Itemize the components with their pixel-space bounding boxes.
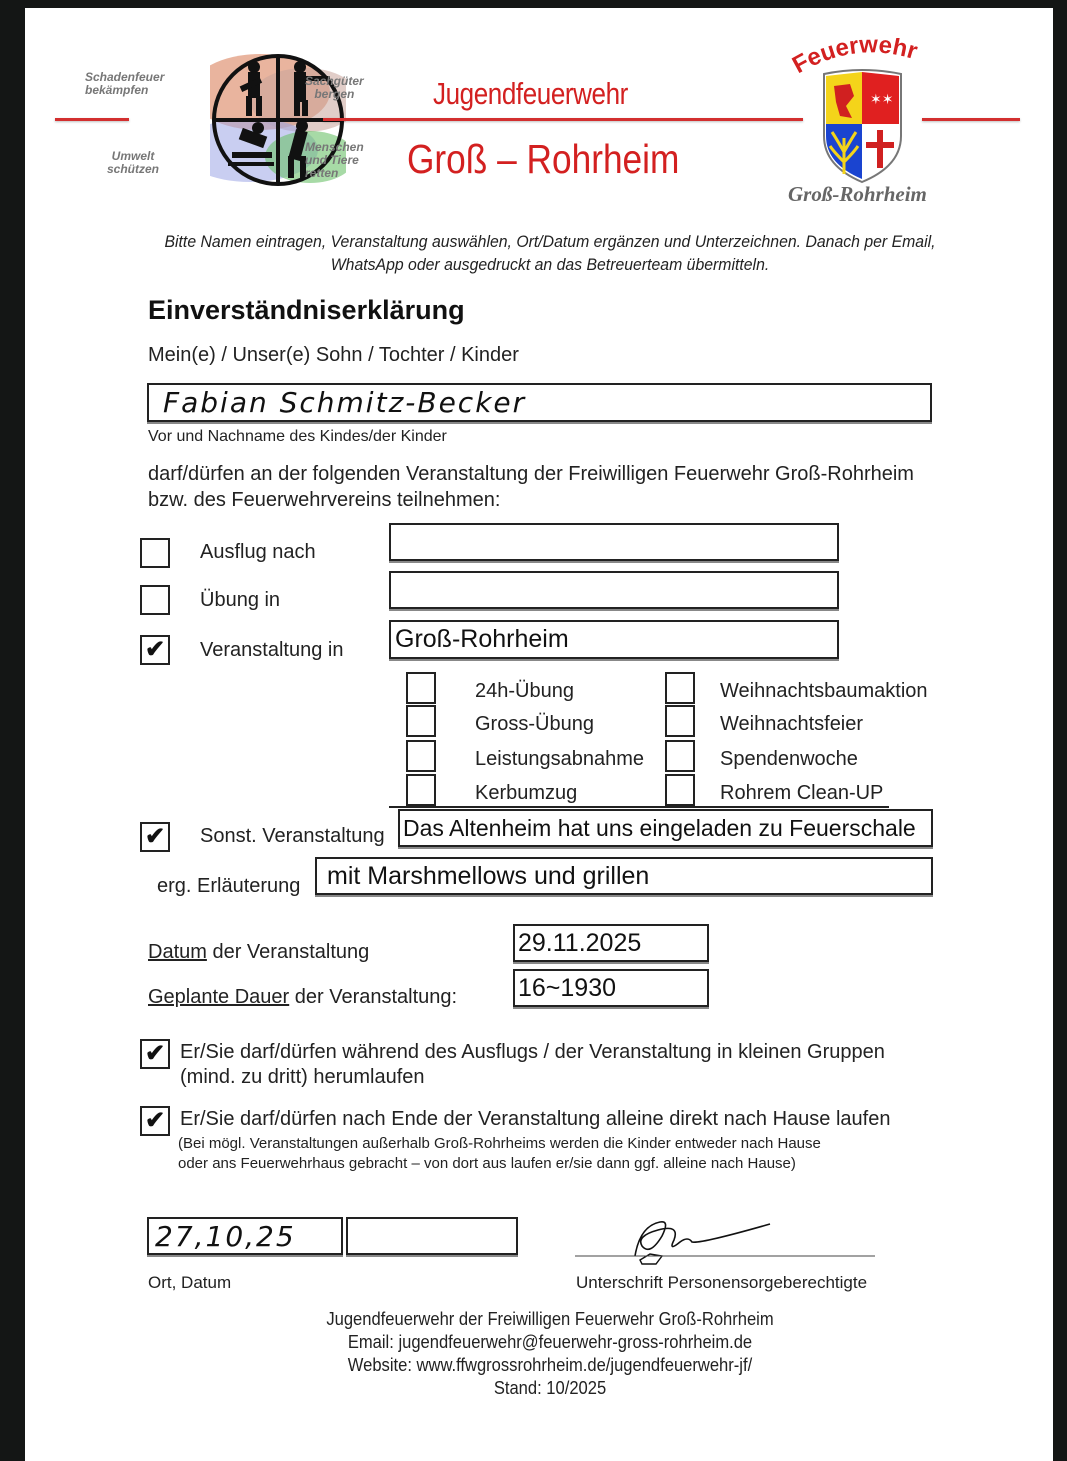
emblem-label-bottom-left: Umweltschützen <box>107 150 159 176</box>
header-divider-right <box>922 118 1020 121</box>
label-dauer: Geplante Dauer der Veranstaltung: <box>148 986 457 1009</box>
checkbox-consent-groups[interactable]: ✔ <box>140 1039 170 1069</box>
child-name-field[interactable]: Fabian Schmitz-Becker <box>147 383 932 422</box>
crest-caption: Groß-Rohrheim <box>788 182 927 207</box>
ort-datum-date-field[interactable]: 27,10,25 <box>147 1217 343 1255</box>
check-icon: ✔ <box>145 1042 165 1066</box>
header-title-line2: Groß – Rohrheim <box>407 136 679 183</box>
ort-field[interactable] <box>346 1217 518 1255</box>
signature-caption: Unterschrift Personensorgeberechtigte <box>576 1273 867 1293</box>
event-option-left-label-0: 24h-Übung <box>475 680 574 703</box>
emblem-label-top-left: Schadenfeuerbekämpfen <box>85 71 164 97</box>
child-name-value: Fabian Schmitz-Becker <box>163 386 526 420</box>
label-sonst-veranstaltung: Sonst. Veranstaltung <box>200 825 385 848</box>
coat-of-arms-icon: ✶✶ <box>820 66 905 184</box>
header-divider-left <box>55 118 129 121</box>
event-option-right-label-1: Weihnachtsfeier <box>720 713 863 736</box>
check-icon: ✔ <box>145 825 165 849</box>
event-option-right-checkbox-2[interactable] <box>665 740 695 772</box>
footer: Jugendfeuerwehr der Freiwilligen Feuerwe… <box>297 1308 803 1400</box>
datum-field[interactable]: 29.11.2025 <box>513 924 709 962</box>
event-option-right-checkbox-1[interactable] <box>665 705 695 737</box>
checkbox-sonst-veranstaltung[interactable]: ✔ <box>140 822 170 852</box>
ort-datum-caption: Ort, Datum <box>148 1273 231 1293</box>
consent-home-note-line1: (Bei mögl. Veranstaltungen außerhalb Gro… <box>178 1135 821 1152</box>
consent-groups-line1: Er/Sie darf/dürfen während des Ausflugs … <box>180 1041 885 1064</box>
header-divider-center <box>323 118 803 121</box>
uebung-location-field[interactable] <box>389 571 839 609</box>
label-erlaeuterung: erg. Erläuterung <box>157 875 300 898</box>
event-option-left-checkbox-1[interactable] <box>406 705 436 737</box>
check-icon: ✔ <box>145 1109 165 1133</box>
consent-home-line1: Er/Sie darf/dürfen nach Ende der Veranst… <box>180 1108 890 1131</box>
options-divider <box>389 806 889 808</box>
checkbox-consent-home[interactable]: ✔ <box>140 1106 170 1136</box>
label-datum: Datum der Veranstaltung <box>148 941 369 964</box>
permission-text-line2: bzw. des Feuerwehrvereins teilnehmen: <box>148 489 500 512</box>
instructions-text: Bitte Namen eintragen, Veranstaltung aus… <box>164 230 936 276</box>
event-option-left-label-1: Gross-Übung <box>475 713 594 736</box>
event-option-right-label-0: Weihnachtsbaumaktion <box>720 680 928 703</box>
event-option-right-checkbox-0[interactable] <box>665 672 695 704</box>
checkbox-ausflug[interactable] <box>140 538 170 568</box>
event-option-left-checkbox-3[interactable] <box>406 774 436 806</box>
document-page: Schadenfeuerbekämpfen Sachgüterbergen Um… <box>25 8 1053 1461</box>
event-option-right-label-3: Rohrem Clean-UP <box>720 782 883 805</box>
consent-home-note-line2: oder ans Feuerwehrhaus gebracht – von do… <box>178 1155 796 1172</box>
sonst-veranstaltung-field[interactable]: Das Altenheim hat uns eingeladen zu Feue… <box>398 809 933 847</box>
signature-icon[interactable] <box>570 1216 880 1268</box>
check-icon: ✔ <box>145 638 165 662</box>
svg-text:✶✶: ✶✶ <box>870 92 893 108</box>
dauer-field[interactable]: 16~1930 <box>513 969 709 1007</box>
erlaeuterung-field[interactable]: mit Marshmellows und grillen <box>315 857 933 895</box>
emblem-label-bottom-right: Menschenund Tiereretten <box>305 141 364 180</box>
footer-website: Website: www.ffwgrossrohrheim.de/jugendf… <box>297 1354 803 1377</box>
label-ausflug: Ausflug nach <box>200 541 316 564</box>
intro-text: Mein(e) / Unser(e) Sohn / Tochter / Kind… <box>148 344 519 367</box>
veranstaltung-location-field[interactable]: Groß-Rohrheim <box>389 620 839 659</box>
label-uebung: Übung in <box>200 589 280 612</box>
header-title-line1: Jugendfeuerwehr <box>433 76 628 112</box>
ausflug-destination-field[interactable] <box>389 523 839 561</box>
event-option-left-checkbox-0[interactable] <box>406 672 436 704</box>
permission-text-line1: darf/dürfen an der folgenden Veranstaltu… <box>148 463 914 486</box>
jf-emblem-logo: Schadenfeuerbekämpfen Sachgüterbergen Um… <box>85 52 385 202</box>
checkbox-uebung[interactable] <box>140 585 170 615</box>
form-title: Einverständniserklärung <box>148 295 465 326</box>
event-option-right-checkbox-3[interactable] <box>665 774 695 806</box>
label-veranstaltung: Veranstaltung in <box>200 639 343 662</box>
emblem-label-top-right: Sachgüterbergen <box>305 75 364 101</box>
footer-org: Jugendfeuerwehr der Freiwilligen Feuerwe… <box>297 1308 803 1331</box>
event-option-right-label-2: Spendenwoche <box>720 748 858 771</box>
event-option-left-label-3: Kerbumzug <box>475 782 577 805</box>
footer-email: Email: jugendfeuerwehr@feuerwehr-gross-r… <box>297 1331 803 1354</box>
consent-groups-line2: (mind. zu dritt) herumlaufen <box>180 1066 425 1089</box>
checkbox-veranstaltung[interactable]: ✔ <box>140 635 170 665</box>
child-name-caption: Vor und Nachname des Kindes/der Kinder <box>148 428 447 446</box>
event-option-left-checkbox-2[interactable] <box>406 740 436 772</box>
footer-version: Stand: 10/2025 <box>297 1377 803 1400</box>
event-option-left-label-2: Leistungsabnahme <box>475 748 644 771</box>
